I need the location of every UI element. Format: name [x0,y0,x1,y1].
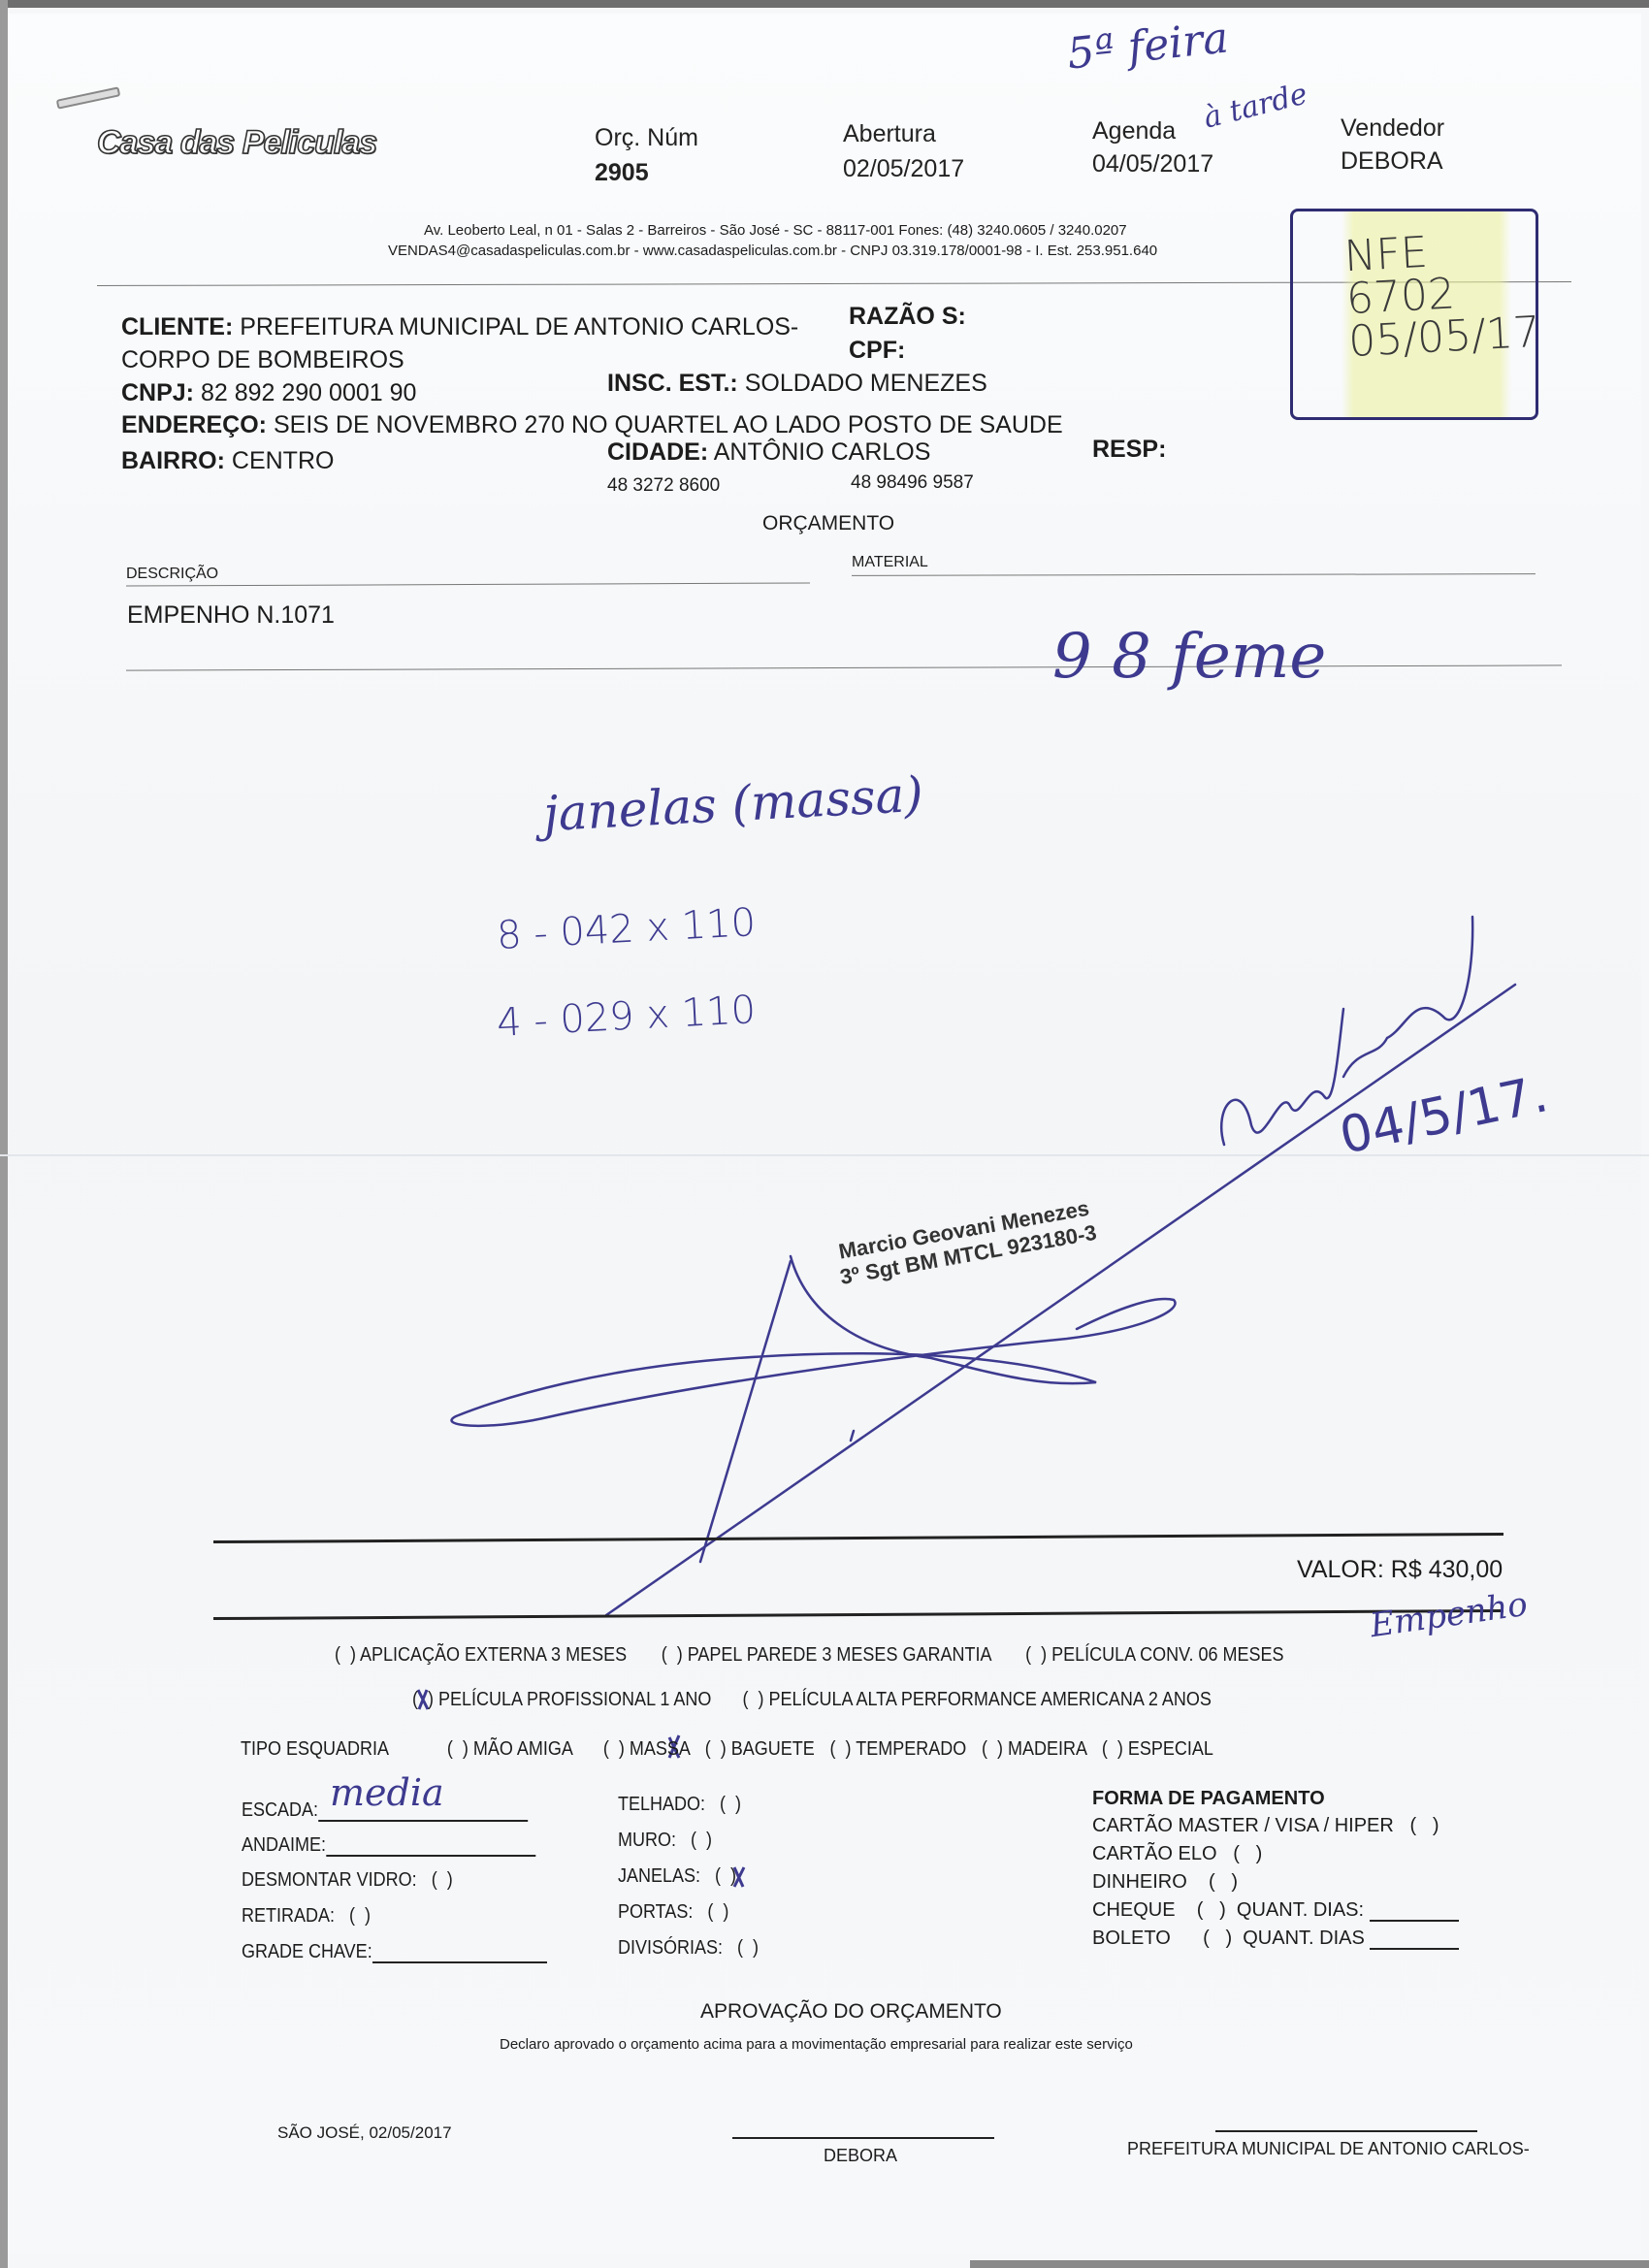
valor-label: VALOR: [1297,1556,1384,1583]
approval-title: APROVAÇÃO DO ORÇAMENTO [700,2000,1002,2024]
option-pelicula-alta-performance[interactable]: ( ) PELÍCULA ALTA PERFORMANCE AMERICANA … [742,1689,1211,1710]
andaime-field[interactable] [326,1855,535,1857]
service-grade-chave: GRADE CHAVE: [242,1941,547,1963]
option-pelicula-conv[interactable]: ( ) PELÍCULA CONV. 06 MESES [1025,1644,1283,1666]
tipo-esquadria-label: TIPO ESQUADRIA [241,1738,388,1760]
option-especial[interactable]: ( ) ESPECIAL [1102,1738,1213,1760]
service-muro[interactable]: MURO: ( ) [618,1830,712,1852]
seller-signature-name: DEBORA [824,2146,897,2166]
valor-row: VALOR: R$ 430,00 [1297,1556,1503,1584]
handwritten-escada-value: media [330,1771,444,1814]
options-row-1: ( ) APLICAÇÃO EXTERNA 3 MESES ( ) PAPEL … [335,1644,1284,1667]
client-signature-name: PREFEITURA MUNICIPAL DE ANTONIO CARLOS- [1127,2139,1530,2159]
service-andaime: ANDAIME: [242,1834,535,1857]
grade-chave-field[interactable] [372,1961,547,1963]
tipo-esquadria-row: TIPO ESQUADRIA ( ) MÃO AMIGA ( ) MASSA (… [241,1738,1213,1761]
payment-cartao-elo[interactable]: CARTÃO ELO ( ) [1092,1843,1262,1865]
approval-text: Declaro aprovado o orçamento acima para … [500,2036,1133,2053]
payment-cheque[interactable]: CHEQUE ( ) QUANT. DIAS: [1092,1899,1459,1922]
service-janelas[interactable]: JANELAS: ( ) [618,1865,736,1888]
service-desmontar-vidro[interactable]: DESMONTAR VIDRO: ( ) [242,1869,453,1892]
option-papel-parede[interactable]: ( ) PAPEL PAREDE 3 MESES GARANTIA [662,1644,991,1666]
service-retirada[interactable]: RETIRADA: ( ) [242,1905,371,1928]
option-temperado[interactable]: ( ) TEMPERADO [830,1738,967,1760]
client-signature-line [1215,2130,1477,2132]
payment-dinheiro[interactable]: DINHEIRO ( ) [1092,1871,1238,1894]
service-portas[interactable]: PORTAS: ( ) [618,1901,728,1924]
payment-boleto[interactable]: BOLETO ( ) QUANT. DIAS [1092,1928,1459,1950]
approval-place-date: SÃO JOSÉ, 02/05/2017 [277,2123,452,2143]
escada-field[interactable] [318,1820,528,1822]
payment-cartao-master[interactable]: CARTÃO MASTER / VISA / HIPER ( ) [1092,1815,1439,1837]
service-telhado[interactable]: TELHADO: ( ) [618,1794,741,1816]
option-pelicula-profissional[interactable]: ( ) PELÍCULA PROFISSIONAL 1 ANO [412,1689,711,1710]
option-mao-amiga[interactable]: ( ) MÃO AMIGA [447,1738,572,1760]
service-divisorias[interactable]: DIVISÓRIAS: ( ) [618,1937,759,1960]
valor-amount: R$ 430,00 [1391,1556,1503,1583]
boleto-days-field[interactable] [1370,1948,1459,1950]
option-massa[interactable]: ( ) MASSA [603,1738,690,1760]
option-baguete[interactable]: ( ) BAGUETE [705,1738,815,1760]
payment-title: FORMA DE PAGAMENTO [1092,1788,1325,1810]
cheque-days-field[interactable] [1370,1920,1459,1922]
seller-signature-line [732,2137,994,2139]
option-aplicacao-externa[interactable]: ( ) APLICAÇÃO EXTERNA 3 MESES [335,1644,627,1666]
option-madeira[interactable]: ( ) MADEIRA [982,1738,1086,1760]
options-row-2: ( ) PELÍCULA PROFISSIONAL 1 ANO ( ) PELÍ… [412,1689,1212,1711]
